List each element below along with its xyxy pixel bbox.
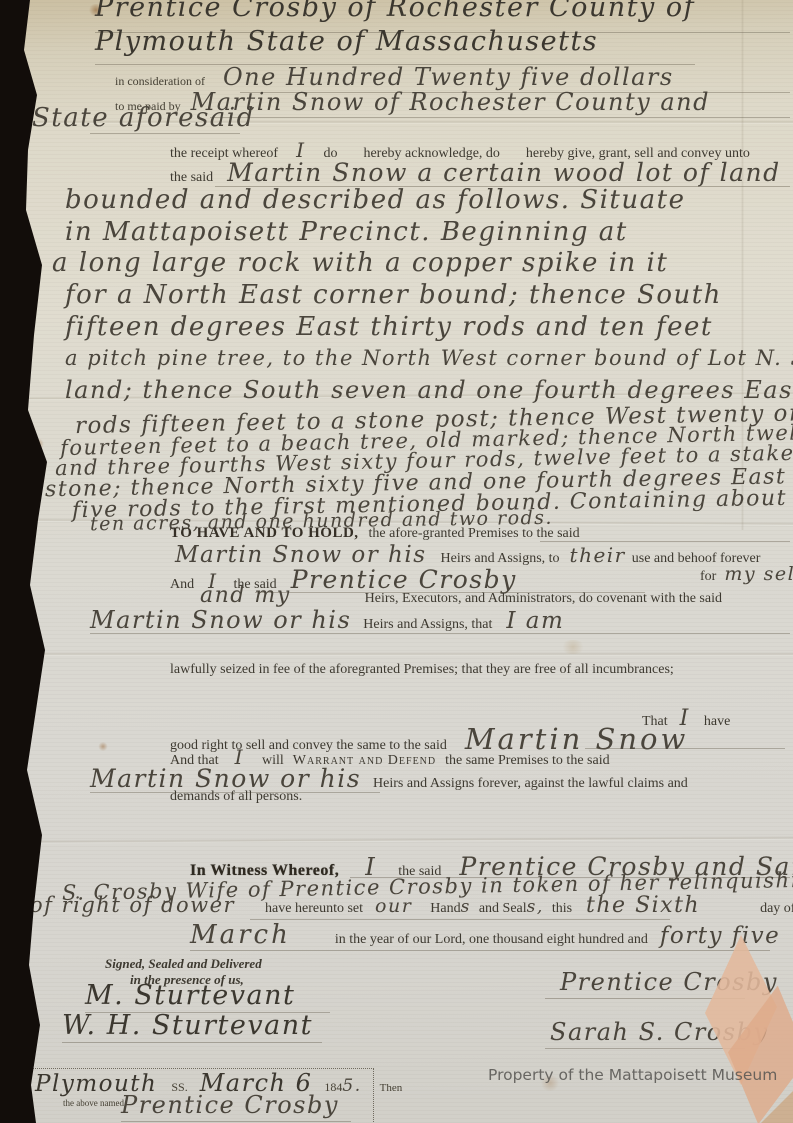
registry-acknowledgment-box: Plymouth SS. March 6 1845. Then the abov… bbox=[28, 1068, 374, 1123]
foxing-spot bbox=[560, 640, 586, 654]
grantee-clause: the said Martin Snow a certain wood lot … bbox=[170, 158, 781, 187]
fold-crease bbox=[0, 836, 793, 844]
dower-line: of right of dower have hereunto set our … bbox=[30, 893, 793, 918]
description-line: a pitch pine tree, to the North West cor… bbox=[65, 346, 793, 370]
foxing-spot bbox=[32, 438, 44, 450]
description-line: a long large rock with a copper spike in… bbox=[52, 248, 668, 278]
museum-watermark: Property of the Mattapoisett Museum bbox=[488, 1066, 777, 1084]
demands-line: demands of all persons. bbox=[170, 787, 302, 805]
form-blank-rule bbox=[585, 748, 785, 749]
form-blank-rule bbox=[121, 1121, 351, 1122]
covenant-grantee-line: Martin Snow or his Heirs and Assigns, th… bbox=[90, 606, 564, 634]
registry-above-named: the above named bbox=[63, 1093, 124, 1111]
seisin-clause: lawfully seized in fee of the aforegrant… bbox=[170, 660, 674, 678]
state-aforesaid-line: State aforesaid bbox=[32, 103, 255, 133]
witness-signature-2: W. H. Sturtevant bbox=[62, 1010, 313, 1041]
description-line: in Mattapoisett Precinct. Beginning at bbox=[65, 217, 628, 247]
description-line: bounded and described as follows. Situat… bbox=[65, 185, 685, 215]
fold-crease bbox=[0, 652, 793, 656]
and-my-line: and my Heirs, Executors, and Administrat… bbox=[200, 583, 722, 608]
signature-rule bbox=[545, 1048, 745, 1049]
description-line: for a North East corner bound; thence So… bbox=[65, 280, 722, 310]
date-line: March in the year of our Lord, one thous… bbox=[190, 920, 780, 950]
description-line: fifteen degrees East thirty rods and ten… bbox=[65, 312, 713, 342]
witness-signature-1: M. Sturtevant bbox=[85, 980, 295, 1011]
form-blank-rule bbox=[90, 133, 240, 134]
for-myself-note: for my self bbox=[700, 563, 793, 585]
signature-rule bbox=[62, 1042, 322, 1043]
form-blank-rule bbox=[210, 117, 790, 118]
deed-document: Prentice Crosby of Rochester County of P… bbox=[0, 0, 793, 1123]
grantor-name-line: Prentice Crosby of Rochester County of bbox=[95, 0, 695, 23]
form-blank-rule bbox=[190, 950, 770, 951]
consideration-line: in consideration of One Hundred Twenty f… bbox=[115, 63, 674, 91]
foxing-spot bbox=[98, 742, 108, 751]
description-line: land; thence South seven and one fourth … bbox=[65, 376, 793, 404]
grantor-state-line: Plymouth State of Massachusetts bbox=[95, 26, 598, 57]
habendum-clause: TO HAVE AND TO HOLD, the afore-granted P… bbox=[170, 524, 580, 542]
registry-name: Prentice Crosby bbox=[121, 1091, 339, 1119]
scanned-deed-page: { "watermark": "Property of the Mattapoi… bbox=[0, 0, 793, 1123]
form-blank-rule bbox=[90, 633, 790, 634]
